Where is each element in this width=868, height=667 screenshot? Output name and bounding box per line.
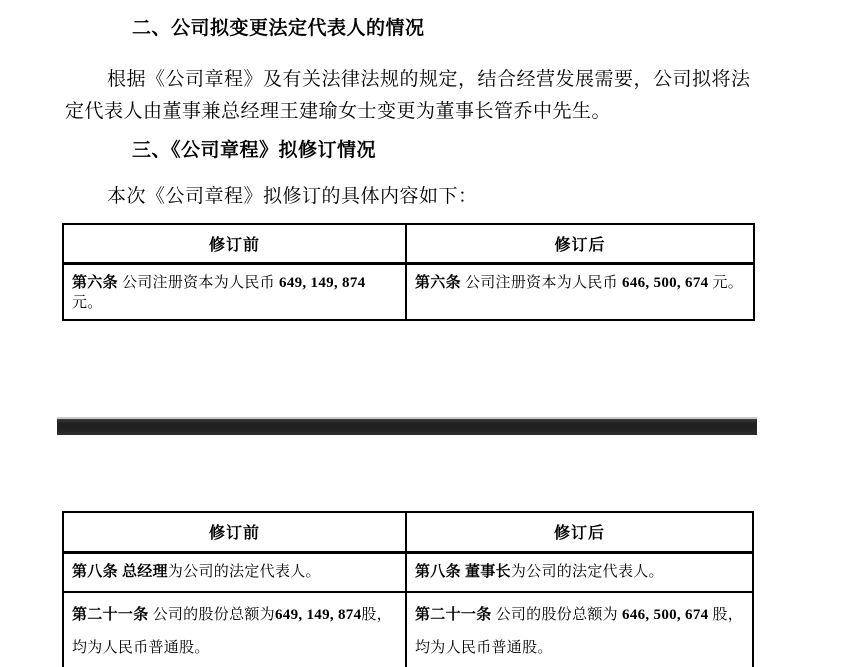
- cell-line-2: 均为人民币普通股。: [415, 632, 744, 665]
- section-3-paragraph: 本次《公司章程》拟修订的具体内容如下：: [107, 181, 807, 213]
- table-2-column-header-after: 修订后: [406, 512, 753, 552]
- document-page: 二、公司拟变更法定代表人的情况 根据《公司章程》及有关法律法规的规定，结合经营发…: [0, 0, 868, 667]
- section-3-heading: 三、《公司章程》拟修订情况: [132, 140, 376, 162]
- table-2-row-article-21: 第二十一条 公司的股份总额为649, 149, 874股， 均为人民币普通股。 …: [63, 592, 753, 667]
- table-1-column-header-before: 修订前: [63, 224, 406, 263]
- page-separator-bar: [57, 417, 757, 435]
- amendment-table-1: 修订前 修订后 第六条 公司注册资本为人民币 649, 149, 874 元。 …: [62, 223, 755, 321]
- section-3-paragraph-line-1: 本次《公司章程》拟修订的具体内容如下：: [107, 181, 807, 213]
- clause-number-bold: 第八条 总经理: [72, 564, 168, 580]
- table-2-cell-article-8-before: 第八条 总经理为公司的法定代表人。: [63, 552, 406, 592]
- table-1-cell-article-6-before: 第六条 公司注册资本为人民币 649, 149, 874 元。: [63, 263, 406, 320]
- clause-body-text: 为公司的法定代表人。: [168, 564, 321, 580]
- clause-suffix-text: 元。: [708, 275, 743, 291]
- table-1-column-header-after: 修订后: [406, 224, 754, 263]
- clause-body-text: 公司的股份总额为: [492, 607, 623, 623]
- section-2-paragraph-line-2: 定代表人由董事兼总经理王建瑜女士变更为董事长管乔中先生。: [65, 96, 765, 128]
- clause-body-text: 为公司的法定代表人。: [511, 564, 664, 580]
- cell-line-1: 第二十一条 公司的股份总额为649, 149, 874股，: [72, 599, 397, 632]
- table-1-header-row: 修订前 修订后: [63, 224, 754, 263]
- clause-number-bold: 第二十一条: [72, 607, 149, 623]
- clause-body-text: 公司注册资本为人民币: [118, 275, 279, 291]
- cell-line-2: 均为人民币普通股。: [72, 632, 397, 665]
- clause-suffix-text: 股，: [708, 607, 743, 623]
- total-shares-amount-after: 646, 500, 674: [622, 607, 708, 623]
- clause-number-bold: 第六条: [72, 275, 118, 291]
- clause-suffix-text: 元。: [72, 295, 103, 311]
- clause-body-text: 公司注册资本为人民币: [461, 275, 622, 291]
- table-2-cell-article-8-after: 第八条 董事长为公司的法定代表人。: [406, 552, 753, 592]
- table-2-column-header-before: 修订前: [63, 512, 406, 552]
- clause-number-bold: 第六条: [415, 275, 461, 291]
- total-shares-amount-before: 649, 149, 874: [275, 607, 361, 623]
- table-2-cell-article-21-before: 第二十一条 公司的股份总额为649, 149, 874股， 均为人民币普通股。: [63, 592, 406, 667]
- clause-suffix-text: 股，: [361, 607, 392, 623]
- table-2-row-article-8: 第八条 总经理为公司的法定代表人。 第八条 董事长为公司的法定代表人。: [63, 552, 753, 592]
- cell-line-1: 第二十一条 公司的股份总额为 646, 500, 674 股，: [415, 599, 744, 632]
- clause-body-text: 公司的股份总额为: [149, 607, 275, 623]
- registered-capital-amount-before: 649, 149, 874: [279, 275, 365, 291]
- section-2-heading: 二、公司拟变更法定代表人的情况: [132, 18, 425, 40]
- table-1-cell-article-6-after: 第六条 公司注册资本为人民币 646, 500, 674 元。: [406, 263, 754, 320]
- table-1-row-article-6: 第六条 公司注册资本为人民币 649, 149, 874 元。 第六条 公司注册…: [63, 263, 754, 320]
- table-2-cell-article-21-after: 第二十一条 公司的股份总额为 646, 500, 674 股， 均为人民币普通股…: [406, 592, 753, 667]
- section-2-paragraph: 根据《公司章程》及有关法律法规的规定，结合经营发展需要，公司拟将法 定代表人由董…: [65, 64, 765, 128]
- section-2-paragraph-line-1: 根据《公司章程》及有关法律法规的规定，结合经营发展需要，公司拟将法: [65, 64, 765, 96]
- table-2-header-row: 修订前 修订后: [63, 512, 753, 552]
- registered-capital-amount-after: 646, 500, 674: [622, 275, 708, 291]
- amendment-table-2: 修订前 修订后 第八条 总经理为公司的法定代表人。 第八条 董事长为公司的法定代…: [62, 511, 754, 667]
- clause-number-bold: 第八条 董事长: [415, 564, 511, 580]
- clause-number-bold: 第二十一条: [415, 607, 492, 623]
